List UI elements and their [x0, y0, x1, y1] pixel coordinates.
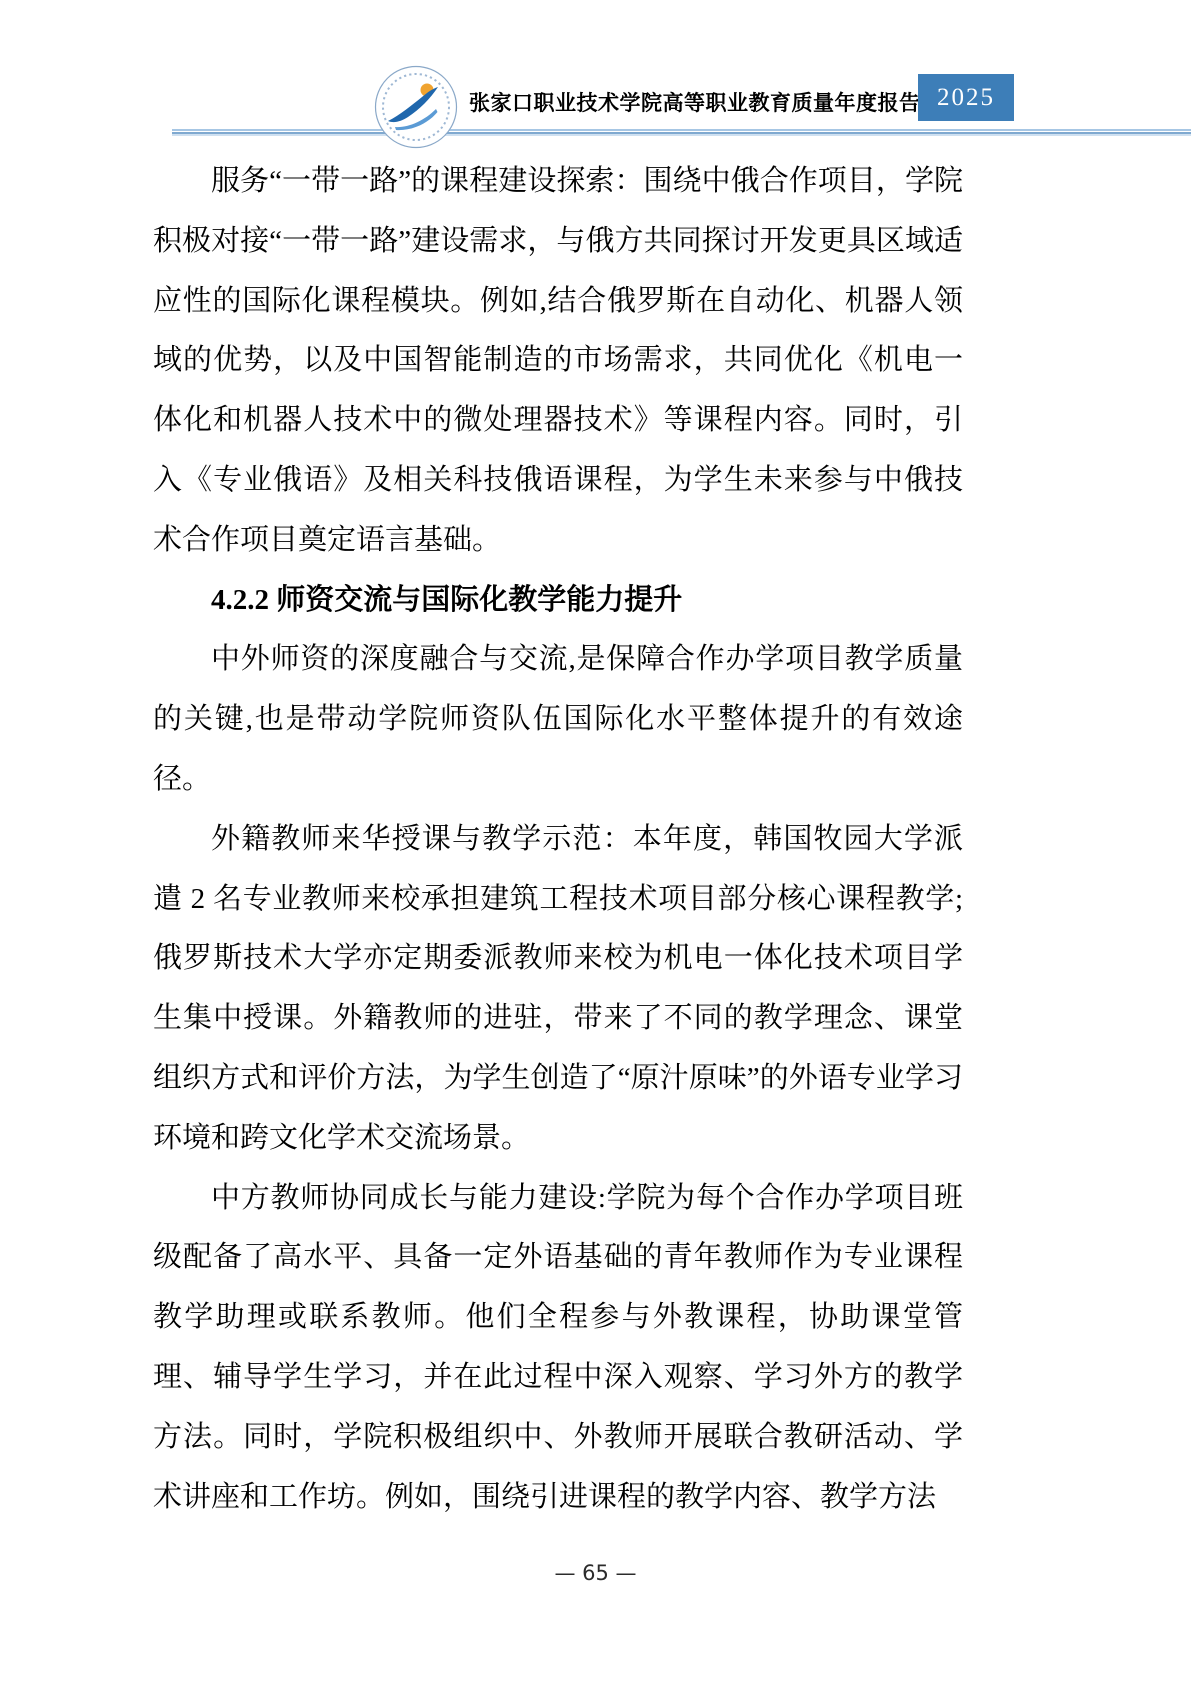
college-logo-icon	[374, 65, 458, 149]
body-paragraph: 中方教师协同成长与能力建设:学院为每个合作办学项目班级配备了高水平、具备一定外语…	[153, 1169, 963, 1528]
report-title: 张家口职业技术学院高等职业教育质量年度报告	[469, 91, 921, 115]
document-body: 服务“一带一路”的课程建设探索：围绕中俄合作项目，学院积极对接“一带一路”建设需…	[153, 152, 963, 1527]
page-footer: — 65 —	[0, 1558, 1191, 1588]
body-paragraph: 外籍教师来华授课与教学示范：本年度，韩国牧园大学派遣 2 名专业教师来校承担建筑…	[153, 810, 963, 1169]
header-rule	[172, 129, 1191, 136]
document-page: 张家口职业技术学院高等职业教育质量年度报告 2025 服务“一带一路”的课程建设…	[0, 0, 1191, 1684]
body-paragraph: 服务“一带一路”的课程建设探索：围绕中俄合作项目，学院积极对接“一带一路”建设需…	[153, 152, 963, 571]
page-number: — 65 —	[554, 1561, 636, 1585]
body-paragraph: 中外师资的深度融合与交流,是保障合作办学项目教学质量的关键,也是带动学院师资队伍…	[153, 630, 963, 809]
section-heading: 4.2.2 师资交流与国际化教学能力提升	[153, 571, 963, 631]
year-badge: 2025	[918, 74, 1014, 121]
